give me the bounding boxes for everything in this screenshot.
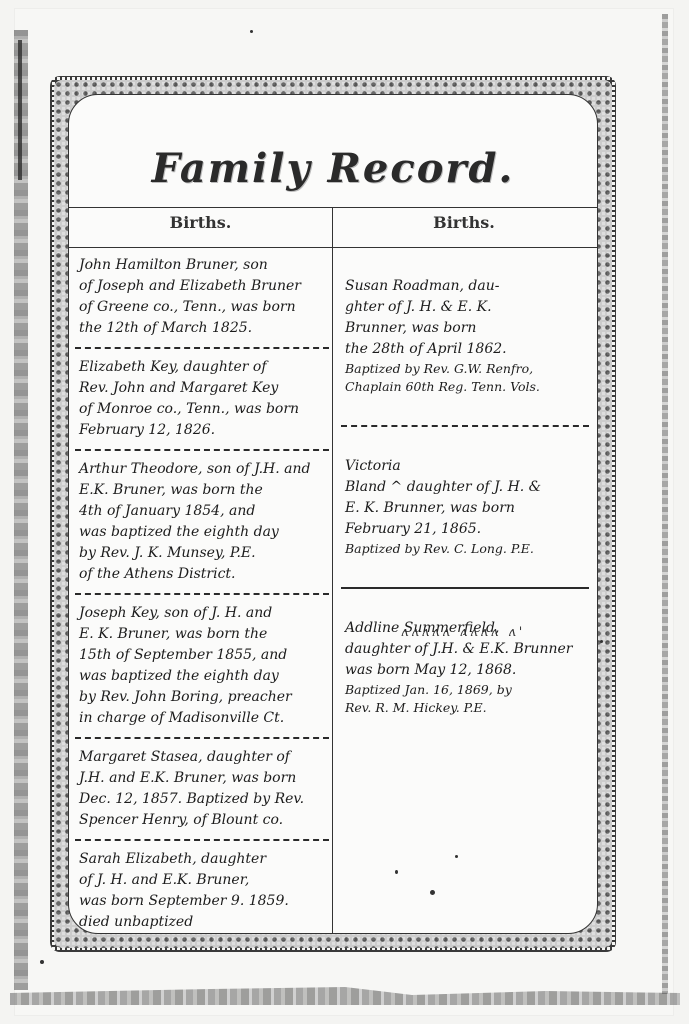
birth-entry-margaret-stasea: Margaret Stasea, daughter of J.H. and E.… xyxy=(75,745,329,837)
entry-text: Victoria Bland ^ daughter of J. H. & E. … xyxy=(345,458,541,537)
header-rule-top xyxy=(69,207,597,208)
entry-separator xyxy=(75,593,329,595)
birth-entry-arthur-theodore: Arthur Theodore, son of J.H. and E.K. Br… xyxy=(75,457,329,591)
scan-speck xyxy=(455,855,458,858)
birth-entry-susan-roadman: Susan Roadman, dau- ghter of J. H. & E. … xyxy=(341,253,589,423)
record-panel: Family Record. Births. Births. John Hami… xyxy=(68,94,598,934)
birth-entry-addline-summerfield: Addline Summerfield, daughter of J.H. & … xyxy=(341,595,589,744)
births-column-right: Susan Roadman, dau- ghter of J. H. & E. … xyxy=(341,253,589,744)
birth-entry-john-hamilton: John Hamilton Bruner, son of Joseph and … xyxy=(75,253,329,345)
column-divider xyxy=(332,207,333,933)
entry-separator xyxy=(75,347,329,349)
ornamental-border: Family Record. Births. Births. John Hami… xyxy=(50,76,616,952)
scan-speck xyxy=(600,640,603,643)
births-heading-left: Births. xyxy=(69,213,332,232)
torn-right-edge xyxy=(662,14,668,994)
births-heading-right: Births. xyxy=(333,213,595,232)
births-column-left: John Hamilton Bruner, son of Joseph and … xyxy=(75,253,329,939)
birth-entry-joseph-key: Joseph Key, son of J. H. and E. K. Brune… xyxy=(75,601,329,735)
scan-speck xyxy=(250,30,253,33)
entry-separator xyxy=(75,449,329,451)
birth-entry-victoria-bland: Victoria Bland ^ daughter of J. H. & E. … xyxy=(341,433,589,585)
page-binding-shadow xyxy=(18,40,22,180)
birth-entry-elizabeth-key: Elizabeth Key, daughter of Rev. John and… xyxy=(75,355,329,447)
page-title: Family Record. xyxy=(69,145,597,192)
header-rule-bottom xyxy=(69,247,597,248)
baptism-note: Baptized by Rev. G.W. Renfro, Chaplain 6… xyxy=(345,360,585,396)
entry-separator xyxy=(75,737,329,739)
scan-speck xyxy=(430,890,435,895)
scan-speck xyxy=(40,960,44,964)
stray-pen-marks: ʌʌʌʌʌ ʌʌʌʌ ʌ' xyxy=(401,625,525,640)
birth-entry-sarah-elizabeth: Sarah Elizabeth, daughter of J. H. and E… xyxy=(75,847,329,939)
entry-text: Susan Roadman, dau- ghter of J. H. & E. … xyxy=(345,278,507,357)
entry-separator xyxy=(341,425,589,427)
scan-speck xyxy=(395,870,398,874)
baptism-note: Baptized by Rev. C. Long. P.E. xyxy=(345,540,585,558)
baptism-note: Baptized Jan. 16, 1869, by Rev. R. M. Hi… xyxy=(345,681,585,717)
entry-separator xyxy=(341,587,589,589)
entry-separator xyxy=(75,839,329,841)
